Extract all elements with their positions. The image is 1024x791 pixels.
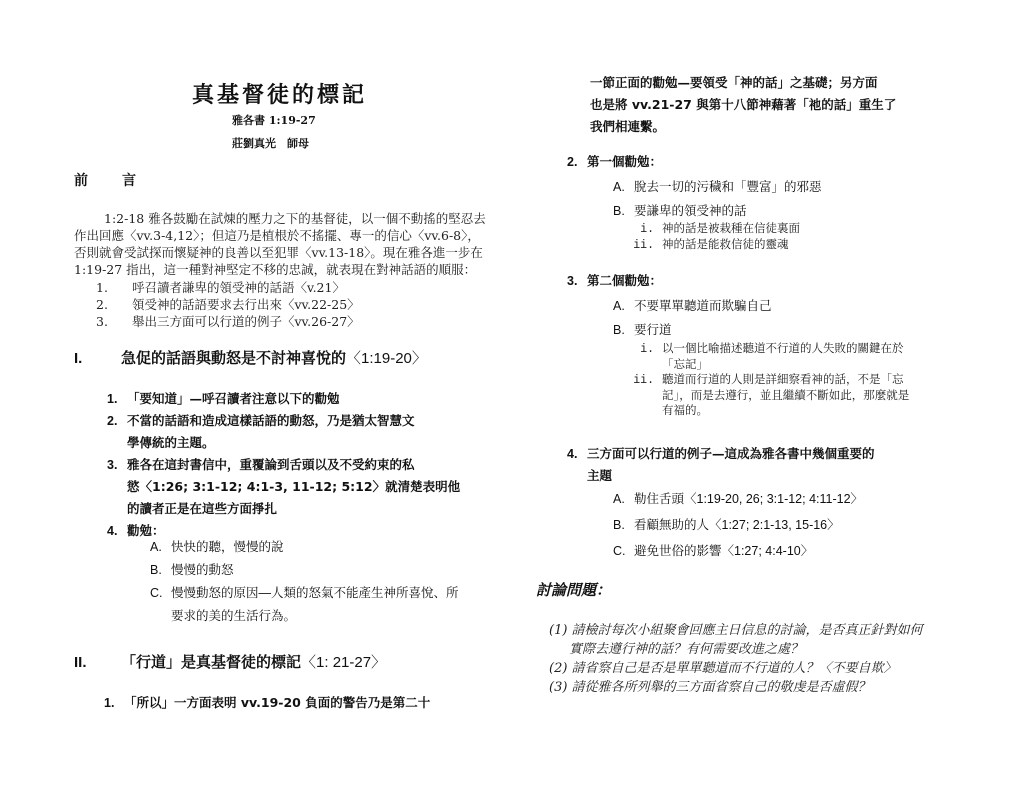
sub-item: A.不要單單聽道而欺騙自己 bbox=[613, 294, 772, 318]
roman-item: ii.聽道而行道的人則是詳細察看神的話，不是「忘 bbox=[624, 372, 909, 388]
list-item: 2.領受神的話語要求去行出來〈vv.22-25〉 bbox=[96, 296, 360, 313]
preface-line: 作出回應〈vv.3-4,12〉；但這乃是植根於不搖擺、專一的信心〈vv.6-8〉… bbox=[74, 227, 486, 244]
discussion-questions: (1) 請檢討每次小組聚會回應主日信息的討論，是否真正針對如何 實際去遵行神的話… bbox=[549, 621, 923, 697]
roman-item: ii.神的話是能救信徒的靈魂 bbox=[624, 237, 800, 253]
section-2-point-1-continued: 一節正面的勸勉—要領受「神的話」之基礎；另方面 也是將 vv.21-27 與第十… bbox=[590, 72, 896, 138]
question: (2) 請省察自己是否是單單聽道而不行道的人？〈不要自欺〉 bbox=[549, 659, 923, 678]
exhortation-item: A.快快的聽，慢慢的說 bbox=[150, 536, 459, 559]
question: (1) 請檢討每次小組聚會回應主日信息的討論，是否真正針對如何 bbox=[549, 621, 923, 640]
exhortation-list: A.快快的聽，慢慢的說 B.慢慢的動怒 C.慢慢動怒的原因—人類的怒氣不能產生神… bbox=[150, 536, 459, 628]
point-4-items: A.勒住舌頭〈1:19-20, 26; 3:1-12; 4:11-12〉 B.看… bbox=[613, 486, 863, 564]
list-item: 3.舉出三方面可以行道的例子〈vv.26-27〉 bbox=[96, 313, 360, 330]
sub-item: A.勒住舌頭〈1:19-20, 26; 3:1-12; 4:11-12〉 bbox=[613, 486, 863, 512]
point-2-heading: 2.第一個勸勉： bbox=[567, 151, 662, 173]
preface-paragraph: 1:2-18 雅各鼓勵在試煉的壓力之下的基督徒，以一個不動搖的堅忍去 作出回應〈… bbox=[74, 210, 486, 278]
discussion-heading: 討論問題： bbox=[536, 579, 611, 600]
point-3-heading: 3.第二個勸勉： bbox=[567, 270, 662, 292]
point: 1.「要知道」—呼召讀者注意以下的勸勉 bbox=[107, 388, 460, 410]
list-item: 1.呼召讀者謙卑的領受神的話語〈v.21〉 bbox=[96, 279, 360, 296]
sub-item: B.要謙卑的領受神的話 bbox=[613, 199, 822, 223]
point: 3.雅各在這封書信中，重覆論到舌頭以及不受約束的私 bbox=[107, 454, 460, 476]
point-3-subitems: i.以一個比喻描述聽道不行道的人失敗的關鍵在於 「忘記」 ii.聽道而行道的人則… bbox=[624, 341, 909, 418]
sub-item: B.要行道 bbox=[613, 318, 772, 342]
point-3-items: A.不要單單聽道而欺騙自己 B.要行道 bbox=[613, 294, 772, 342]
question: (3) 請從雅各所列舉的三方面省察自己的敬虔是否虛假？ bbox=[549, 678, 923, 697]
roman-item: i.以一個比喻描述聽道不行道的人失敗的關鍵在於 bbox=[624, 341, 909, 357]
section-2-point-1-start: 1.「所以」一方面表明 vv.19-20 負面的警告乃是第二十 bbox=[104, 692, 430, 714]
preface-line: 1:19-27 指出，這一種對神堅定不移的忠誠，就表現在對神話語的順服： bbox=[74, 261, 486, 278]
roman-item: i.神的話是被栽種在信徒裏面 bbox=[624, 221, 800, 237]
preface-list: 1.呼召讀者謙卑的領受神的話語〈v.21〉 2.領受神的話語要求去行出來〈vv.… bbox=[96, 279, 360, 330]
sub-item: B.看顧無助的人〈1:27; 2:1-13, 15-16〉 bbox=[613, 512, 863, 538]
preface-heading: 前 言 bbox=[74, 170, 146, 190]
point-2-items: A.脫去一切的污穢和「豐富」的邪惡 B.要謙卑的領受神的話 bbox=[613, 175, 822, 223]
point-4-heading: 4.三方面可以行道的例子—這成為雅各書中幾個重要的 主題 bbox=[567, 443, 875, 487]
sub-item: C.避免世俗的影響〈1:27; 4:4-10〉 bbox=[613, 538, 863, 564]
preface-line: 否則就會受試探而懷疑神的良善以至犯罪〈vv.13-18〉。現在雅各進一步在 bbox=[74, 244, 486, 261]
exhortation-item: C.慢慢動怒的原因—人類的怒氣不能產生神所喜悅、所 bbox=[150, 582, 459, 605]
sub-item: A.脫去一切的污穢和「豐富」的邪惡 bbox=[613, 175, 822, 199]
page-title: 真基督徒的標記 bbox=[192, 78, 367, 109]
section-2-heading: II.「行道」是真基督徒的標記〈1: 21-27〉 bbox=[74, 651, 386, 672]
section-1-points: 1.「要知道」—呼召讀者注意以下的勸勉 2.不當的話語和造成這樣話語的動怒，乃是… bbox=[107, 388, 460, 542]
point-2-subitems: i.神的話是被栽種在信徒裏面 ii.神的話是能救信徒的靈魂 bbox=[624, 221, 800, 253]
scripture-reference: 雅各書 1:19-27 bbox=[232, 112, 316, 128]
exhortation-item: B.慢慢的動怒 bbox=[150, 559, 459, 582]
author: 莊劉真光 師母 bbox=[232, 135, 309, 151]
preface-line: 1:2-18 雅各鼓勵在試煉的壓力之下的基督徒，以一個不動搖的堅忍去 bbox=[74, 210, 486, 227]
section-1-heading: I.急促的話語與動怒是不討神喜悅的〈1:19-20〉 bbox=[74, 347, 427, 368]
point: 2.不當的話語和造成這樣話語的動怒，乃是猶太智慧文 bbox=[107, 410, 460, 432]
